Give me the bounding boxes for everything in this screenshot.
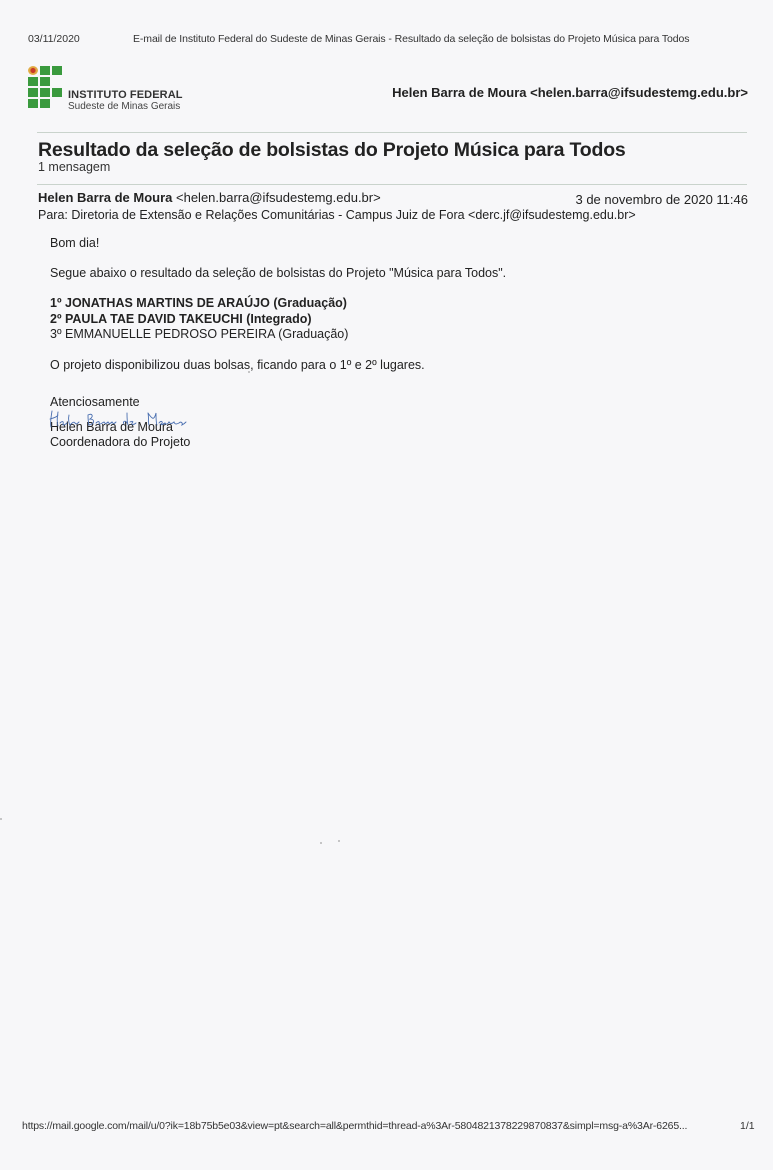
sender-email[interactable]: <helen.barra@ifsudestemg.edu.br> [176, 190, 381, 205]
result-item: 3º EMMANUELLE PEDROSO PEREIRA (Graduação… [50, 327, 506, 343]
message-date: 3 de novembro de 2020 11:46 [575, 192, 748, 207]
institution-logo: INSTITUTO FEDERAL Sudeste de Minas Gerai… [28, 64, 198, 112]
print-date: 03/11/2020 [28, 33, 80, 45]
result-item: 1º JONATHAS MARTINS DE ARAÚJO (Graduação… [50, 296, 506, 312]
divider [37, 184, 747, 185]
message-count: 1 mensagem [38, 160, 110, 174]
page-number: 1/1 [740, 1120, 755, 1132]
result-item: 2º PAULA TAE DAVID TAKEUCHI (Integrado) [50, 312, 506, 328]
closing: Atenciosamente [50, 395, 190, 410]
note-text: O projeto disponibilizou duas bolsas, fi… [50, 358, 506, 374]
scan-speck [0, 818, 2, 820]
signature-role: Coordenadora do Projeto [50, 435, 190, 450]
recipient-line: Para: Diretoria de Extensão e Relações C… [38, 208, 636, 222]
scan-speck [320, 842, 322, 844]
sender-line: Helen Barra de Moura <helen.barra@ifsude… [38, 190, 381, 205]
page-url: https://mail.google.com/mail/u/0?ik=18b7… [22, 1120, 687, 1132]
thread-subject: Resultado da seleção de bolsistas do Pro… [38, 139, 626, 162]
sender-name: Helen Barra de Moura [38, 190, 172, 205]
logo-name: INSTITUTO FEDERAL [68, 89, 183, 101]
logo-subtitle: Sudeste de Minas Gerais [68, 101, 180, 112]
print-title: E-mail de Instituto Federal do Sudeste d… [133, 33, 689, 45]
greeting: Bom dia! [50, 236, 506, 252]
scan-speck [338, 840, 340, 842]
divider [37, 132, 747, 133]
if-logo-grid-icon [28, 66, 64, 108]
results-list: 1º JONATHAS MARTINS DE ARAÚJO (Graduação… [50, 296, 506, 343]
message-body: Bom dia! Segue abaixo o resultado da sel… [50, 236, 506, 386]
handwritten-signature [48, 409, 188, 429]
intro-text: Segue abaixo o resultado da seleção de b… [50, 266, 506, 282]
account-label: Helen Barra de Moura <helen.barra@ifsude… [392, 85, 748, 100]
scan-speck [248, 371, 250, 373]
